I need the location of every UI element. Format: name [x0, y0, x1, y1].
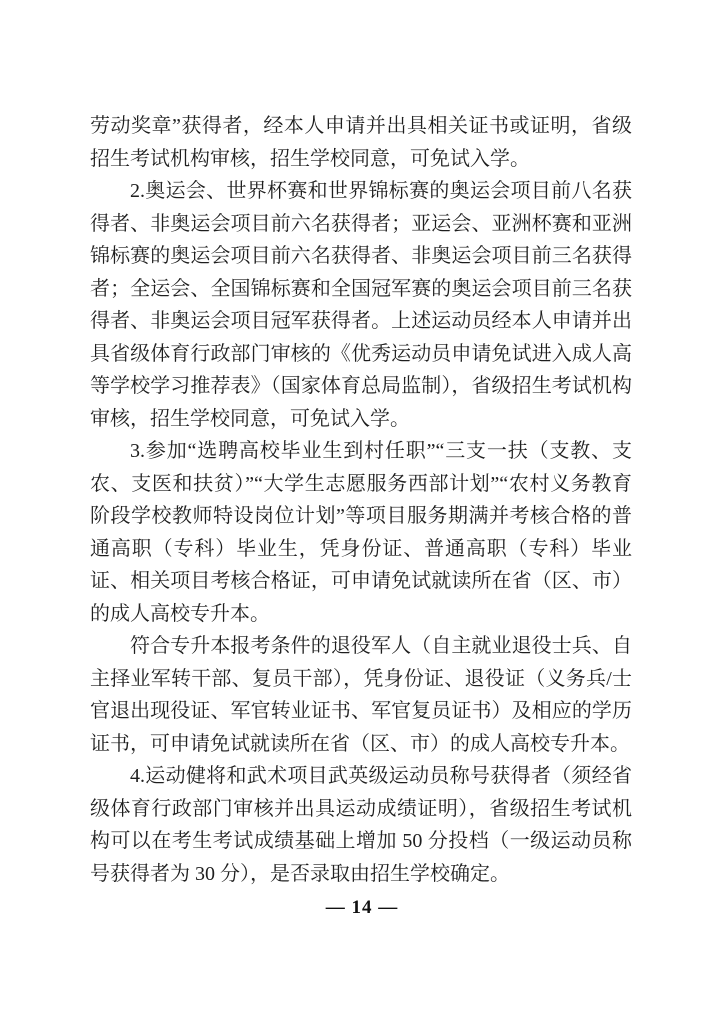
paragraph-item-3: 3.参加“选聘高校毕业生到村任职”“三支一扶（支教、支农、支医和扶贫）”“大学生… [90, 435, 632, 630]
document-body: 劳动奖章”获得者，经本人申请并出具相关证书或证明，省级招生考试机构审核，招生学校… [90, 110, 632, 890]
paragraph-item-4: 4.运动健将和武术项目武英级运动员称号获得者（须经省级体育行政部门审核并出具运动… [90, 760, 632, 890]
document-page: 劳动奖章”获得者，经本人申请并出具相关证书或证明，省级招生考试机构审核，招生学校… [0, 0, 724, 1024]
page-number: — 14 — [0, 897, 724, 919]
paragraph-veterans: 符合专升本报考条件的退役军人（自主就业退役士兵、自主择业军转干部、复员干部），凭… [90, 630, 632, 760]
paragraph-continuation: 劳动奖章”获得者，经本人申请并出具相关证书或证明，省级招生考试机构审核，招生学校… [90, 110, 632, 175]
paragraph-item-2: 2.奥运会、世界杯赛和世界锦标赛的奥运会项目前八名获得者、非奥运会项目前六名获得… [90, 175, 632, 435]
